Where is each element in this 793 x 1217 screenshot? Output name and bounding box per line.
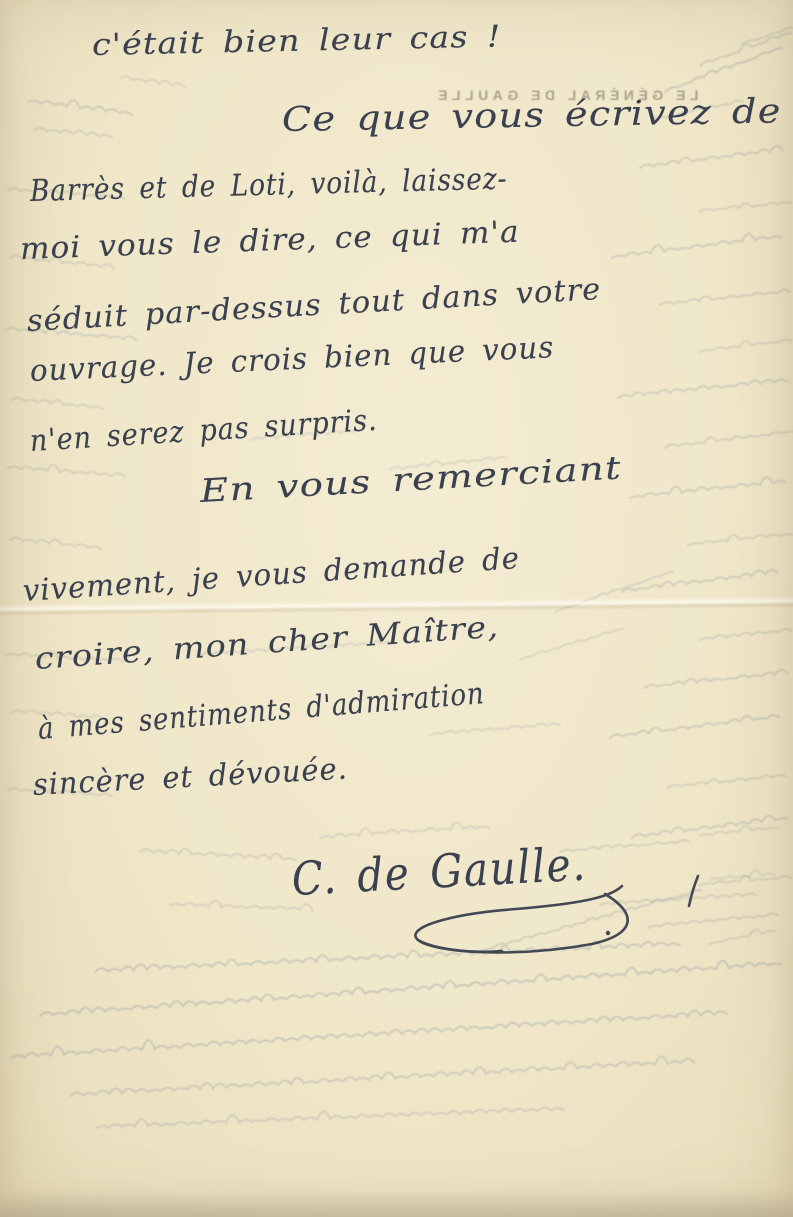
signature-flourish (270, 836, 730, 976)
handwriting-line-2: Ce que vous écrivez de (282, 91, 782, 141)
letter-page: LE GÉNÉRAL DE GAULLE c'était bien leur c… (0, 0, 793, 1217)
